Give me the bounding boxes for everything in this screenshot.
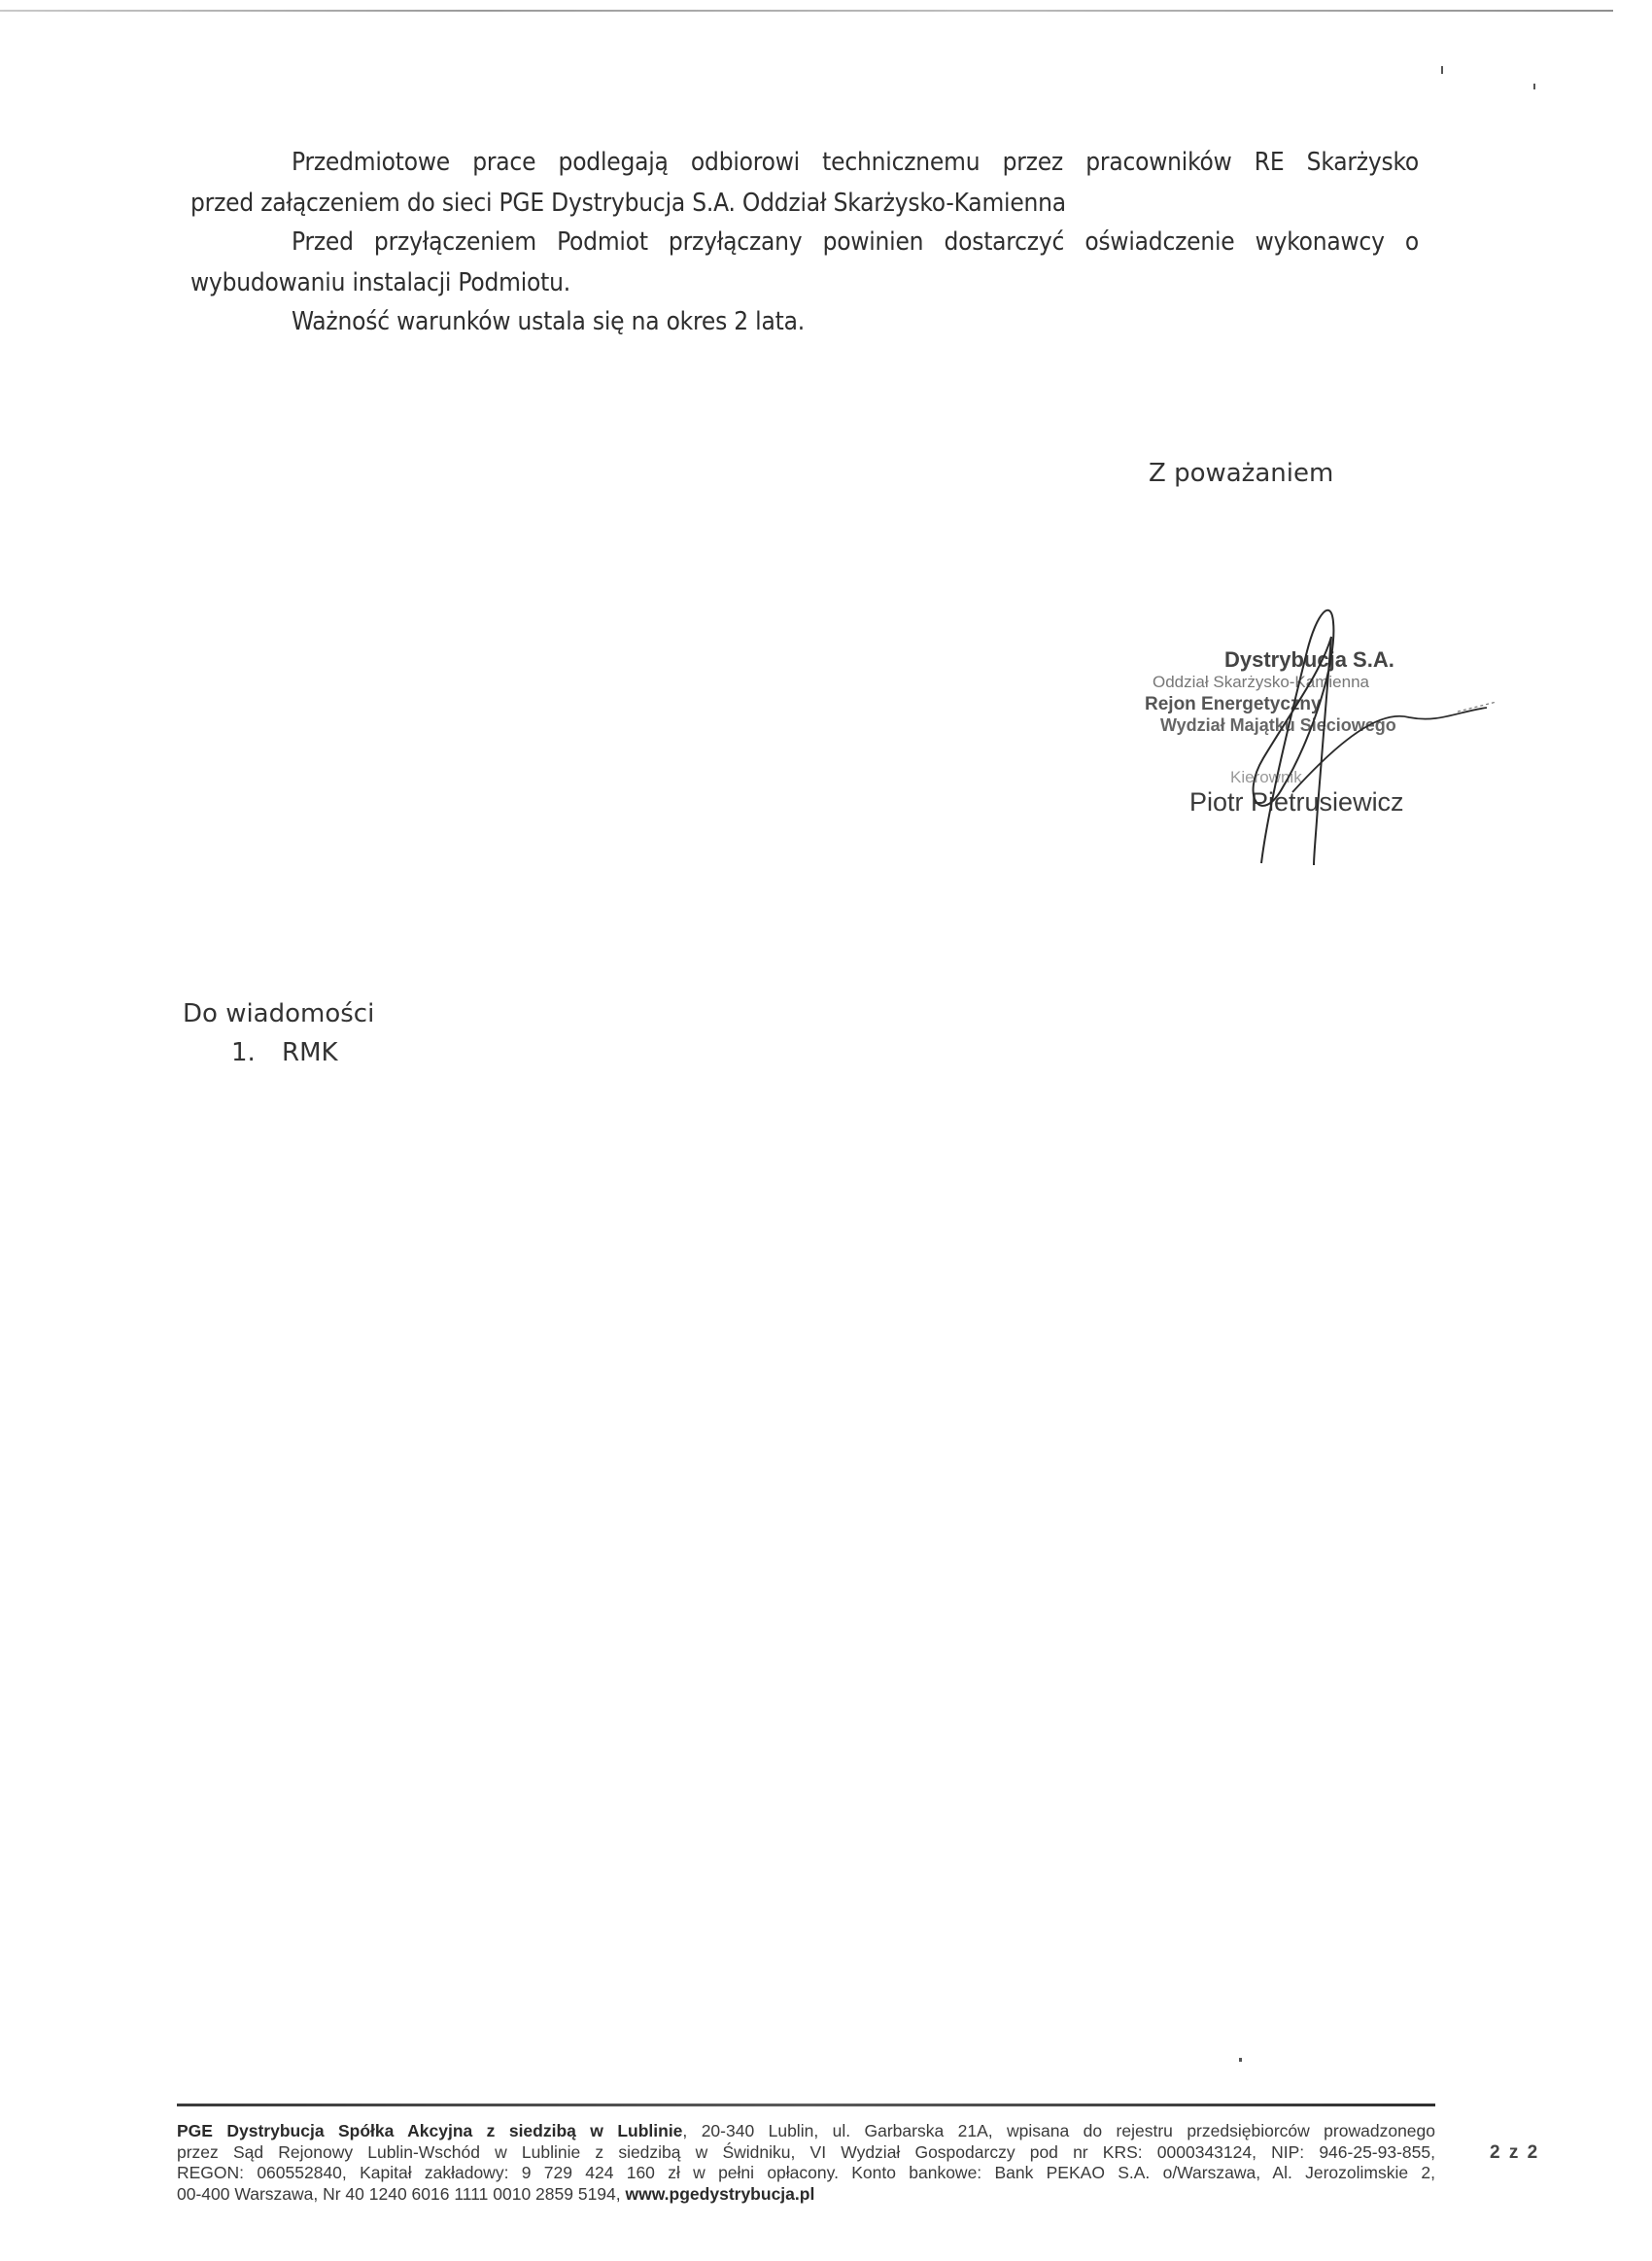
scan-speck: [1239, 2058, 1242, 2062]
distribution-item-label: RMK: [282, 1038, 338, 1067]
footer-divider: [177, 2104, 1435, 2106]
scan-speck: [1441, 66, 1443, 74]
page-number: 2 z 2: [1490, 2142, 1539, 2164]
footer-line-2: przez Sąd Rejonowy Lublin-Wschód w Lubli…: [177, 2142, 1435, 2164]
closing-salutation: Z poważaniem: [1149, 459, 1333, 488]
scan-speck: [1533, 84, 1535, 89]
footer-website-link[interactable]: www.pgedystrybucja.pl: [626, 2184, 815, 2204]
footer-line-1: , 20-340 Lublin, ul. Garbarska 21A, wpis…: [682, 2121, 1435, 2140]
footer-line-4: 00-400 Warszawa, Nr 40 1240 6016 1111 00…: [177, 2184, 626, 2204]
distribution-heading: Do wiadomości: [183, 999, 374, 1028]
signature-stamp: Dystrybucja S.A. Oddział Skarżysko-Kamie…: [1147, 593, 1497, 875]
footer-company-name: PGE Dystrybucja Spółka Akcyjna z siedzib…: [177, 2121, 682, 2140]
footer-line-3: REGON: 060552840, Kapitał zakładowy: 9 7…: [177, 2163, 1435, 2184]
scan-edge-line: [0, 10, 1613, 12]
distribution-item-number: 1.: [231, 1038, 282, 1067]
paragraph-3: Ważność warunków ustala się na okres 2 l…: [292, 307, 805, 336]
paragraph-2-line-1: Przed przyłączeniem Podmiot przyłączany …: [292, 227, 1419, 257]
footer-company-info: PGE Dystrybucja Spółka Akcyjna z siedzib…: [177, 2121, 1440, 2205]
paragraph-1-line-1: Przedmiotowe prace podlegają odbiorowi t…: [292, 148, 1419, 177]
handwritten-signature: [1147, 593, 1497, 875]
distribution-item: 1.RMK: [231, 1038, 338, 1067]
paragraph-2-line-2: wybudowaniu instalacji Podmiotu.: [190, 268, 570, 297]
paragraph-1-line-2: przed załączeniem do sieci PGE Dystrybuc…: [190, 189, 1066, 218]
